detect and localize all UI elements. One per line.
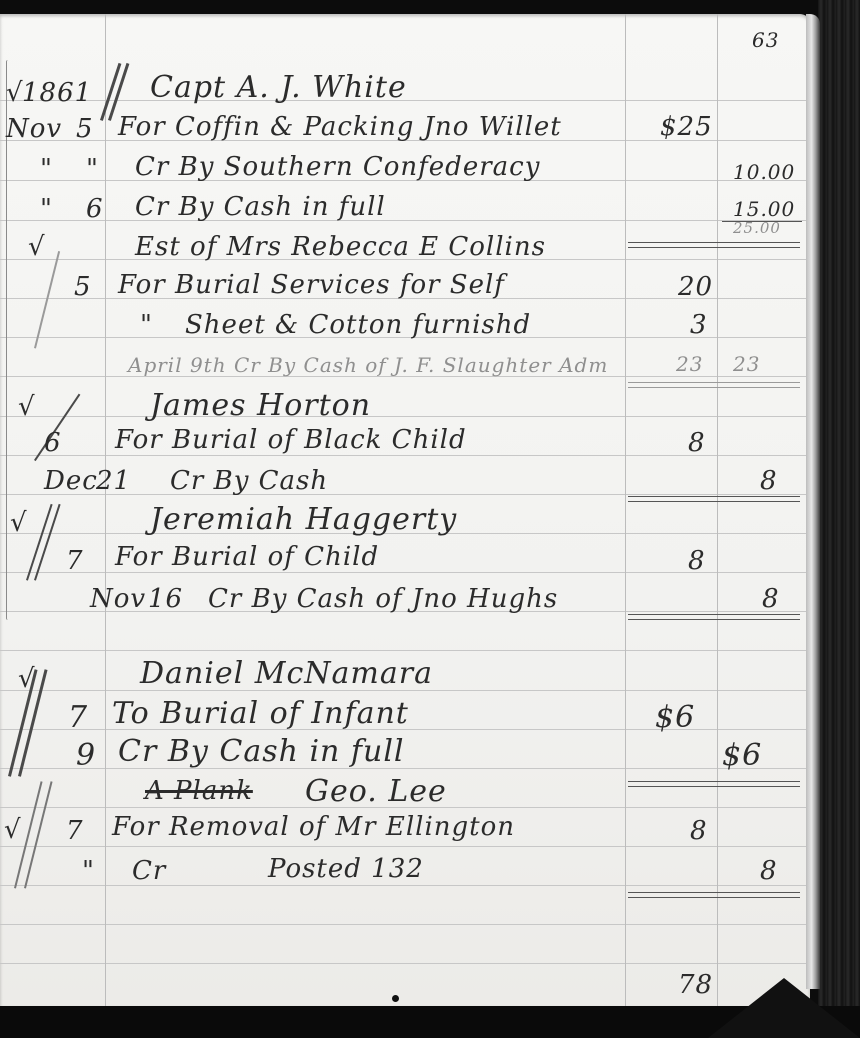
- account-name: Geo. Lee: [305, 774, 447, 809]
- ruled-line: [0, 650, 806, 651]
- entry-day: 5: [74, 272, 92, 302]
- check-mark: √: [18, 392, 36, 422]
- entry-month: Nov: [6, 114, 62, 144]
- entry-day: ": [86, 154, 99, 184]
- closing-double-rule: [628, 242, 800, 248]
- page-corner-holder: [708, 978, 860, 1038]
- check-mark: √: [10, 508, 28, 538]
- posted-note: Posted 132: [268, 854, 424, 884]
- closing-double-rule: [628, 614, 800, 620]
- entry-credit: 8: [760, 466, 778, 496]
- account-name: James Horton: [150, 388, 371, 423]
- ruled-line: [0, 846, 806, 847]
- ruled-line: [0, 455, 806, 456]
- pencil-entry-text: April 9th Cr By Cash of J. F. Slaughter …: [128, 353, 608, 377]
- entry-text: Cr By Cash: [170, 466, 328, 496]
- account-name: Est of Mrs Rebecca E Collins: [135, 232, 546, 262]
- entry-month: ": [40, 194, 53, 224]
- entry-debit: $25: [660, 112, 713, 142]
- struck-name: A Plank: [145, 776, 253, 806]
- entry-day: 7: [66, 816, 84, 846]
- entry-text: Sheet & Cotton furnishd: [185, 310, 531, 340]
- entry-credit: $6: [722, 738, 762, 773]
- entry-day: 6: [44, 428, 62, 458]
- closing-double-rule: [628, 781, 800, 787]
- entry-credit: 8: [760, 856, 778, 886]
- entry-text: Cr By Cash in full: [118, 734, 405, 769]
- ruled-line: [0, 220, 806, 221]
- credit-total: 25.00: [733, 219, 781, 237]
- account-name: Capt A. J. White: [150, 70, 407, 105]
- account-name: Jeremiah Haggerty: [150, 502, 457, 537]
- ruled-line: [0, 924, 806, 925]
- entry-debit: 8: [690, 816, 708, 846]
- entry-debit: 23: [676, 352, 703, 376]
- entry-credit: 23: [733, 352, 760, 376]
- year-label: 1861: [22, 78, 92, 108]
- entry-text: To Burial of Infant: [112, 696, 409, 731]
- entry-month: ": [40, 154, 53, 184]
- check-mark: √: [28, 232, 46, 262]
- page-number: 63: [752, 28, 779, 52]
- ruled-line: [0, 963, 806, 964]
- check-mark: √: [4, 815, 22, 845]
- entry-debit: 20: [678, 272, 713, 302]
- entry-day: 6: [86, 194, 104, 224]
- entry-credit: 10.00: [733, 160, 795, 184]
- entry-day: 5: [76, 114, 94, 144]
- entry-debit: $6: [655, 700, 695, 735]
- entry-day: 21: [96, 466, 131, 496]
- credit-column-rule: [717, 14, 718, 1006]
- closing-double-rule: [628, 496, 800, 502]
- date-column-rule: [105, 14, 106, 1006]
- page-edge: [806, 14, 820, 989]
- entry-text: Cr By Cash of Jno Hughs: [208, 584, 558, 614]
- ink-dot: [392, 995, 399, 1002]
- entry-day: 7: [66, 546, 84, 576]
- entry-text: Cr By Cash in full: [135, 192, 386, 222]
- account-name: Daniel McNamara: [140, 656, 433, 691]
- entry-day: 7: [68, 700, 88, 735]
- entry-day: ": [140, 310, 153, 340]
- debit-column-rule: [625, 14, 626, 1006]
- entry-day: 16: [148, 584, 183, 614]
- entry-day: 9: [76, 738, 96, 773]
- entry-text: Cr By Southern Confederacy: [135, 152, 540, 182]
- entry-text: For Removal of Mr Ellington: [112, 812, 515, 842]
- entry-debit: 3: [690, 310, 708, 340]
- book-binding-background: [818, 0, 860, 1038]
- entry-text: For Burial of Child: [115, 542, 379, 572]
- entry-debit: 8: [688, 428, 706, 458]
- entry-day: ": [82, 856, 95, 886]
- entry-credit: 15.00: [733, 197, 795, 221]
- entry-text: For Coffin & Packing Jno Willet: [118, 112, 562, 142]
- entry-text: For Burial of Black Child: [115, 425, 467, 455]
- entry-month: Nov: [90, 584, 146, 614]
- ruled-line: [0, 416, 806, 417]
- ruled-line: [0, 885, 806, 886]
- closing-double-rule: [628, 892, 800, 898]
- entry-text: Cr: [132, 856, 166, 886]
- ruled-line: [0, 572, 806, 573]
- entry-text: For Burial Services for Self: [118, 270, 505, 300]
- entry-credit: 8: [762, 584, 780, 614]
- entry-month: Dec: [44, 466, 98, 496]
- entry-debit: 8: [688, 546, 706, 576]
- closing-double-rule: [628, 382, 800, 388]
- check-mark: √: [6, 78, 24, 108]
